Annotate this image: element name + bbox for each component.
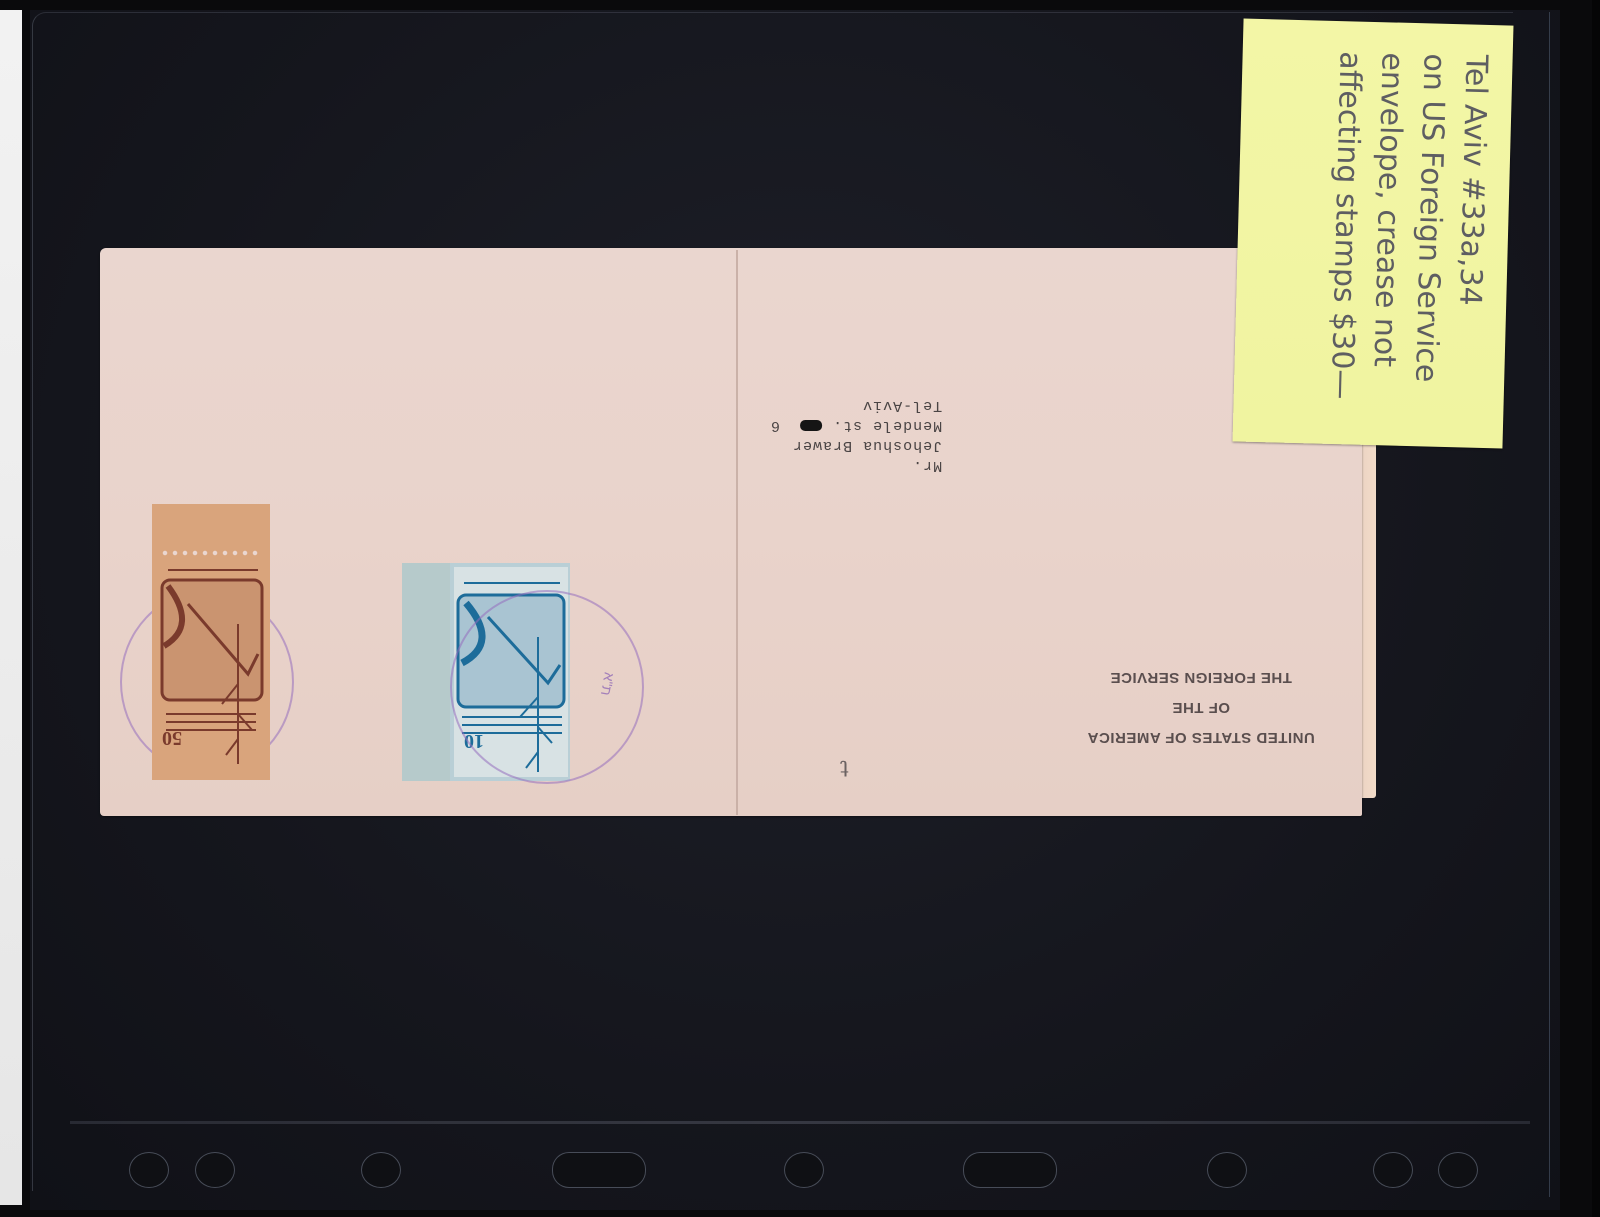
recipient-address: Mr. Jehoshua Brawer Mendele st. 6 Tel-Av… bbox=[770, 395, 942, 475]
binder-slot bbox=[552, 1152, 646, 1188]
stamp-tab bbox=[152, 504, 270, 550]
corner-card-line: UNITED STATES OF AMERICA bbox=[1060, 722, 1342, 752]
binder-hole bbox=[361, 1152, 401, 1188]
binder-hole bbox=[784, 1152, 824, 1188]
sticky-note: Tel Aviv #33a,34 on US Foreign Service e… bbox=[1233, 19, 1514, 449]
pencil-mark: t bbox=[840, 755, 849, 780]
binder-hole bbox=[129, 1152, 169, 1188]
binder-hole bbox=[1207, 1152, 1247, 1188]
corner-card-line: THE FOREIGN SERVICE bbox=[1060, 662, 1342, 692]
corner-card-line: OF THE bbox=[1060, 692, 1342, 722]
stamp-selvage bbox=[402, 563, 450, 781]
binder-hole bbox=[195, 1152, 235, 1188]
binder-slot bbox=[963, 1152, 1057, 1188]
binder-strip-edge bbox=[70, 1121, 1530, 1124]
ink-blot bbox=[800, 420, 822, 431]
perforations bbox=[160, 550, 262, 556]
sticky-note-text: Tel Aviv #33a,34 on US Foreign Service e… bbox=[1257, 49, 1497, 435]
background-right-edge bbox=[1592, 0, 1600, 1217]
album-page-rule bbox=[1549, 12, 1550, 1197]
envelope-crease bbox=[736, 250, 738, 815]
binder-hole bbox=[1438, 1152, 1478, 1188]
stamp-value: 50 bbox=[162, 726, 182, 749]
stamp-50: 50 bbox=[152, 504, 270, 780]
binder-hole bbox=[1373, 1152, 1413, 1188]
corner-card: UNITED STATES OF AMERICA OF THE THE FORE… bbox=[1060, 662, 1342, 752]
background-left-strip bbox=[0, 10, 22, 1205]
